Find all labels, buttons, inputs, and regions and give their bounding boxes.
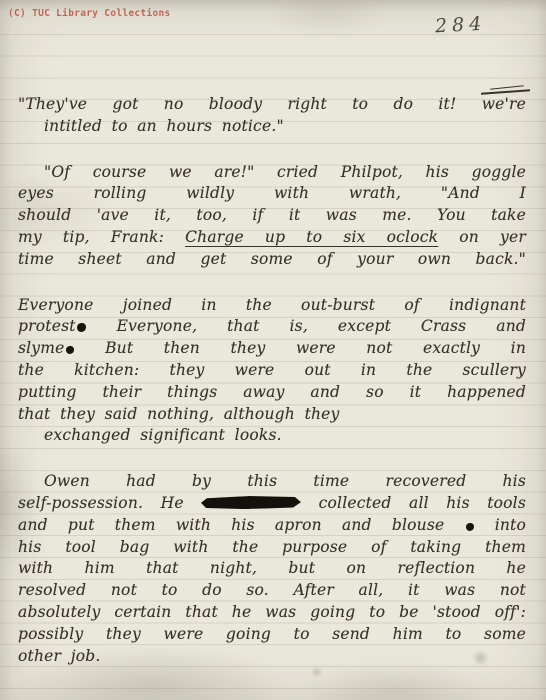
handwritten-line: absolutely certain that he was going to …: [18, 602, 526, 624]
struck-word: we're: [482, 95, 526, 113]
handwritten-line: his tool bag with the purpose of taking …: [18, 537, 526, 559]
text-segment: and put them with his apron and blouse: [18, 516, 465, 534]
underlined-phrase: Charge up to six oclock: [185, 228, 438, 246]
handwritten-line: time sheet and get some of your own back…: [18, 249, 526, 271]
handwritten-line: eyes rolling wildly with wrath, "And I: [18, 183, 526, 205]
handwritten-line: Everyone joined in the out-burst of indi…: [18, 295, 526, 317]
paragraph: "Of course we are!" cried Philpot, his g…: [18, 162, 526, 271]
paragraph: Owen had by this time recovered his self…: [18, 471, 526, 667]
handwritten-line: Owen had by this time recovered his: [18, 471, 526, 493]
handwritten-line: "Of course we are!" cried Philpot, his g…: [18, 162, 526, 184]
handwritten-line: putting their things away and so it happ…: [18, 382, 526, 404]
text-segment: self-possession. He: [18, 494, 201, 512]
handwritten-line: exchanged significant looks.: [18, 425, 526, 447]
paragraph: "They've got no bloody right to do it! w…: [18, 94, 526, 138]
handwritten-line: intitled to an hours notice.": [18, 116, 526, 138]
handwritten-line: possibly they were going to send him to …: [18, 624, 526, 646]
text-segment: on yer: [438, 228, 526, 246]
handwritten-line: slyme But then they were not exactly in: [18, 338, 526, 360]
ink-blot: [66, 346, 74, 354]
handwritten-line: "They've got no bloody right to do it! w…: [18, 94, 526, 116]
ink-blot: [466, 523, 474, 531]
text-segment: into: [475, 516, 526, 534]
handwritten-line: protest Everyone, that is, except Crass …: [18, 316, 526, 338]
handwritten-line: the kitchen: they were out in the sculle…: [18, 360, 526, 382]
handwritten-line: my tip, Frank: Charge up to six oclock o…: [18, 227, 526, 249]
manuscript-text: "They've got no bloody right to do it! w…: [0, 0, 546, 691]
manuscript-page: (C) TUC Library Collections 284 "They've…: [0, 0, 546, 700]
handwritten-line: self-possession. He collected all his to…: [18, 493, 526, 515]
text-segment: "They've got no bloody right to do it!: [18, 95, 482, 113]
text-segment: collected all his tools: [301, 494, 526, 512]
handwritten-line: resolved not to do so. After all, it was…: [18, 580, 526, 602]
text-segment: protest: [18, 317, 76, 335]
text-segment: Everyone, that is, except Crass and: [87, 317, 526, 335]
text-segment: But then they were not exactly in: [75, 339, 526, 357]
handwritten-line: should 'ave it, too, if it was me. You t…: [18, 205, 526, 227]
handwritten-line: that they said nothing, although they: [18, 404, 526, 426]
paragraph: Everyone joined in the out-burst of indi…: [18, 295, 526, 448]
redaction-mark: [201, 495, 301, 510]
text-segment: slyme: [18, 339, 65, 357]
handwritten-line: and put them with his apron and blouse i…: [18, 515, 526, 537]
text-segment: my tip, Frank:: [18, 228, 185, 246]
handwritten-line: with him that night, but on reflection h…: [18, 558, 526, 580]
ink-blot: [77, 323, 86, 332]
handwritten-line: other job.: [18, 646, 526, 668]
